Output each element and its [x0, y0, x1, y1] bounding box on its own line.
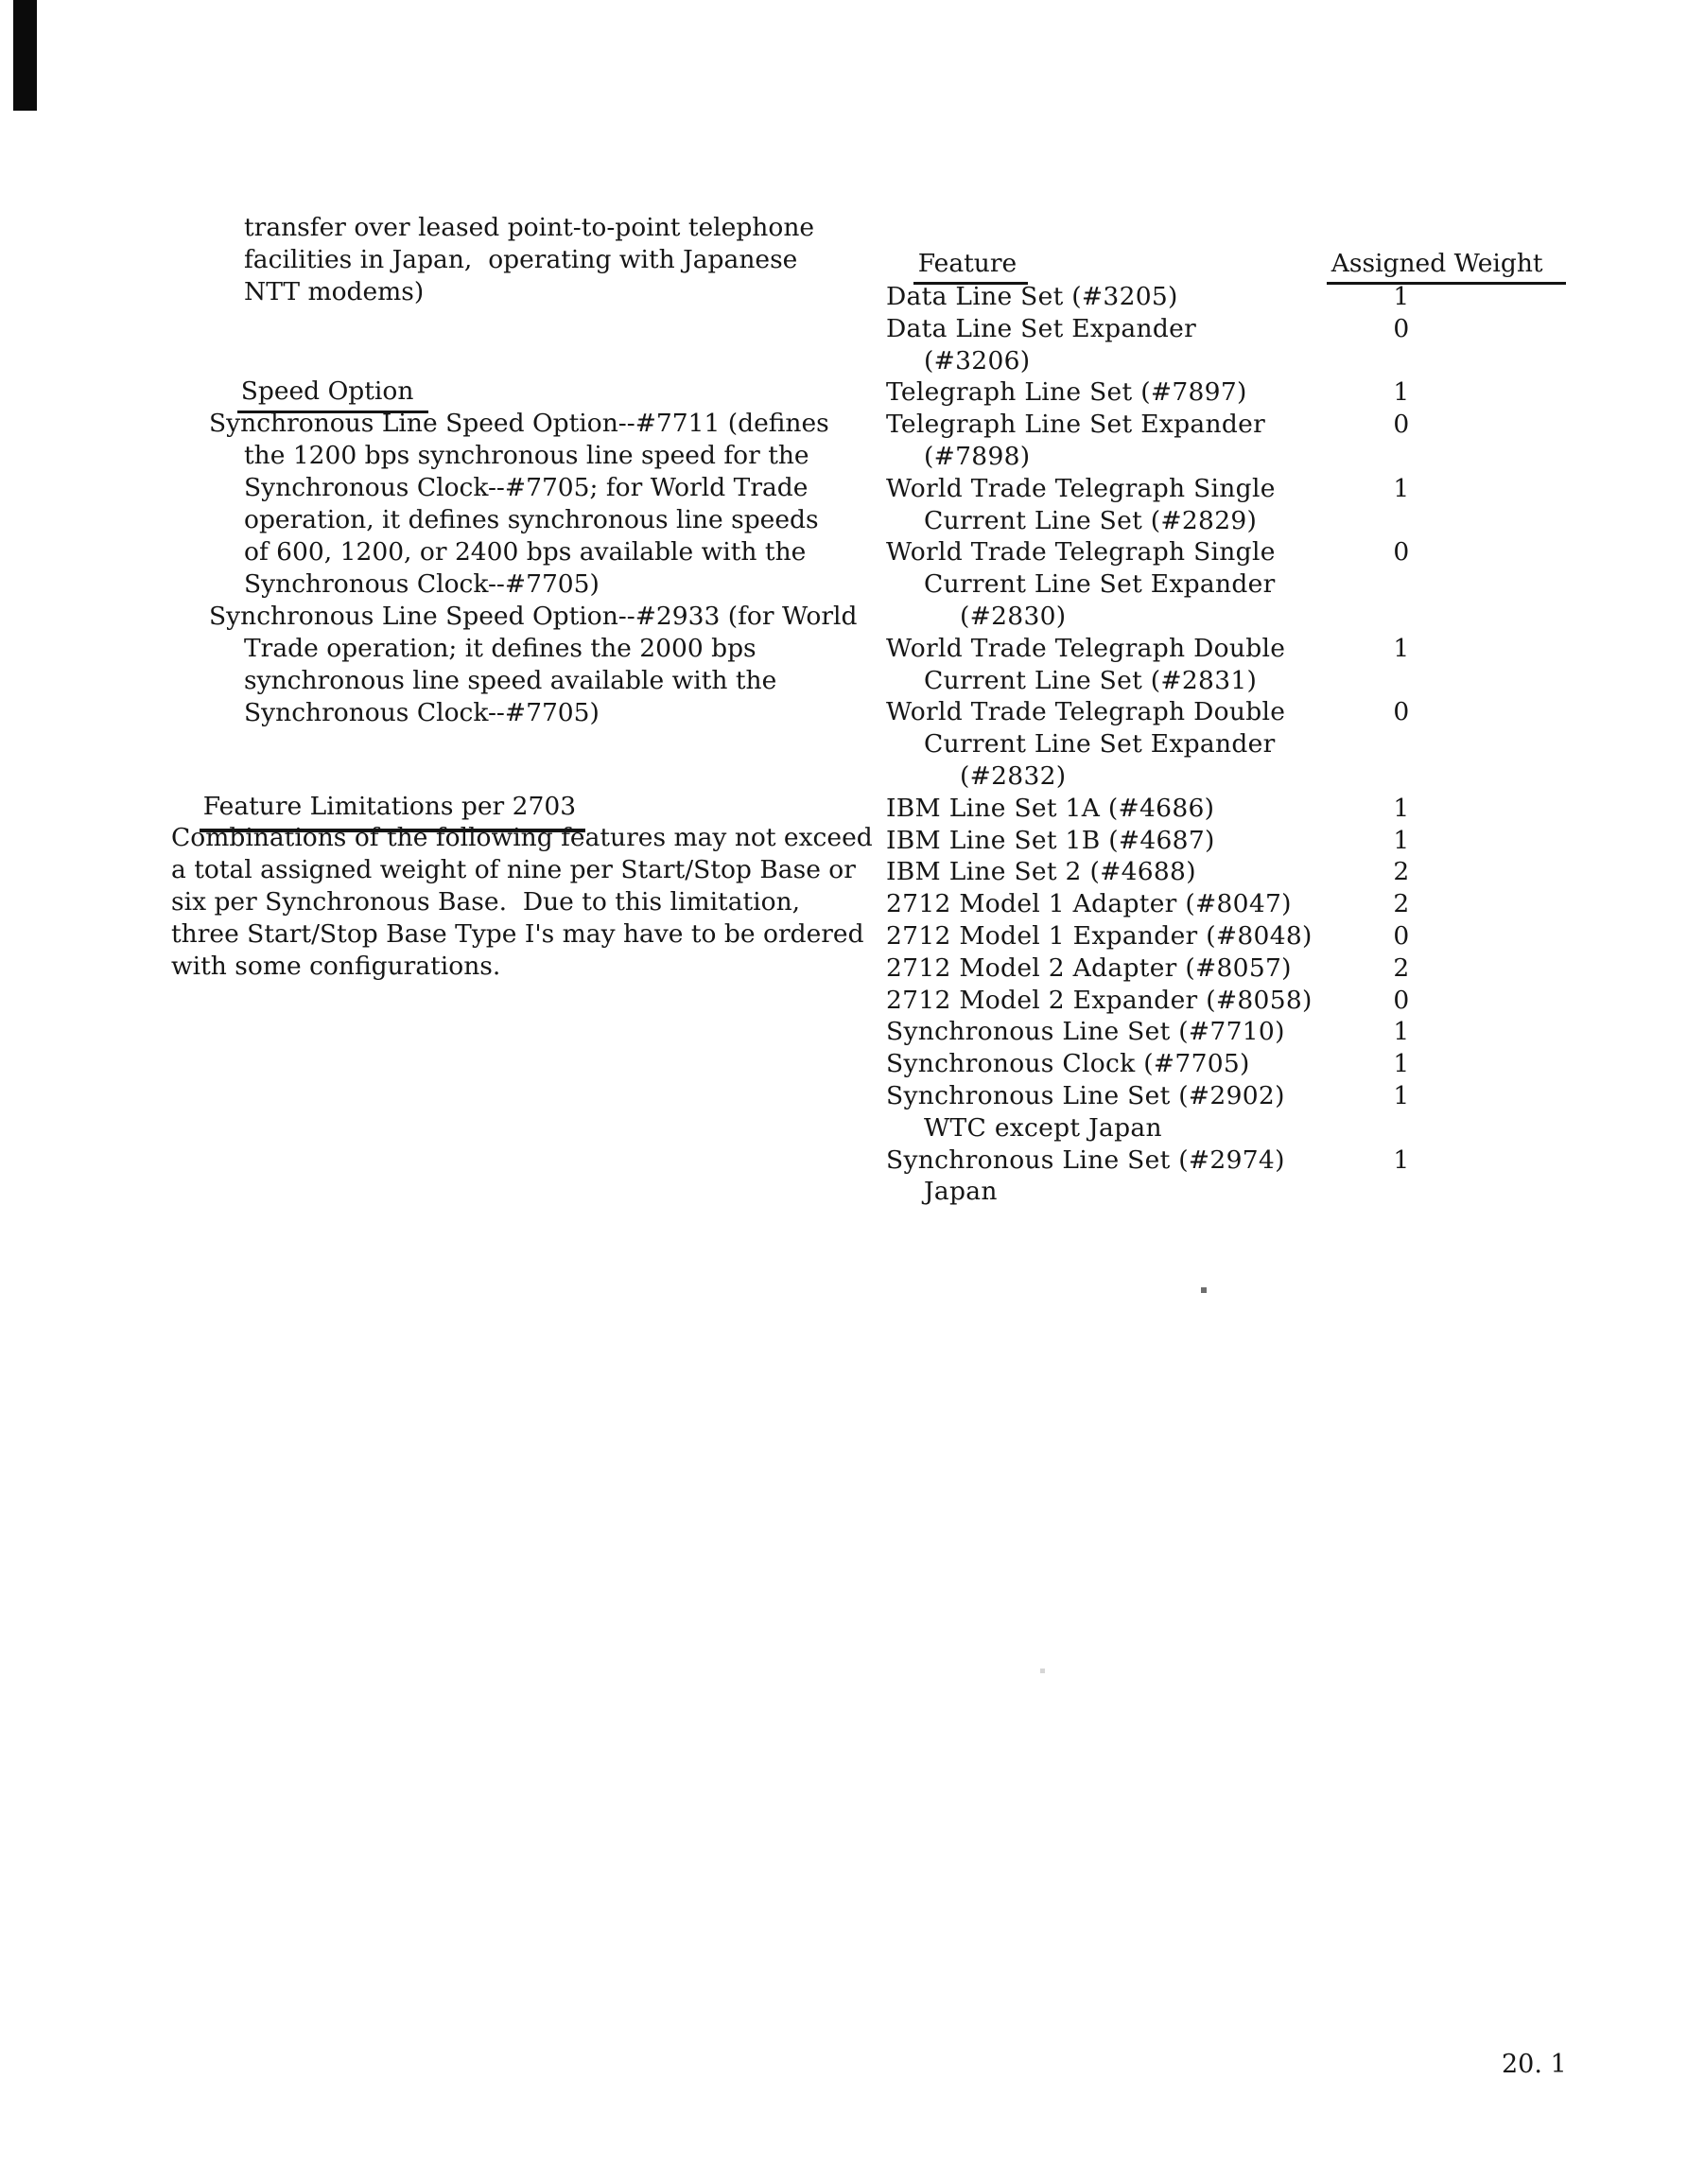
speed-option-line-text: Synchronous Line Speed Option--#7711 (de… — [209, 408, 829, 440]
limitations-line-text: with some configurations. — [171, 951, 500, 983]
feature-row-text: Synchronous Clock (#7705) — [886, 1048, 1250, 1080]
document-page: transfer over leased point-to-point tele… — [0, 0, 1687, 2184]
limitations-line: three Start/Stop Base Type I's may have … — [171, 918, 873, 951]
feature-limitations-paragraph: Combinations of the following features m… — [171, 822, 873, 983]
limitations-line: a total assigned weight of nine per Star… — [171, 854, 873, 886]
feature-row-text: Data Line Set Expander — [886, 313, 1196, 345]
limitations-line-text: a total assigned weight of nine per Star… — [171, 854, 856, 886]
feature-row: World Trade Telegraph Double0 — [886, 696, 1313, 728]
speed-option-line: of 600, 1200, or 2400 bps available with… — [209, 536, 857, 568]
feature-row-text: Synchronous Line Set (#2974) — [886, 1144, 1285, 1177]
feature-row: IBM Line Set 1A (#4686)1 — [886, 793, 1313, 825]
feature-weight: 2 — [1373, 856, 1430, 888]
feature-weight: 1 — [1373, 1016, 1430, 1048]
feature-row-text: World Trade Telegraph Double — [886, 633, 1285, 665]
feature-row-text: Telegraph Line Set (#7897) — [886, 376, 1247, 409]
limitations-line: Combinations of the following features m… — [171, 822, 873, 854]
feature-row: (#7898) — [886, 441, 1313, 473]
feature-row: World Trade Telegraph Single1 — [886, 473, 1313, 505]
intro-line: facilities in Japan, operating with Japa… — [244, 244, 814, 276]
feature-weight: 1 — [1373, 376, 1430, 409]
feature-weight: 0 — [1373, 920, 1430, 952]
feature-row-text: Synchronous Line Set (#7710) — [886, 1016, 1285, 1048]
feature-row-text: Current Line Set (#2829) — [886, 505, 1257, 537]
feature-row-text: Telegraph Line Set Expander — [886, 409, 1265, 441]
speed-option-line-text: synchronous line speed available with th… — [209, 665, 776, 697]
scan-artifact-bar — [13, 0, 37, 111]
feature-row: Synchronous Clock (#7705)1 — [886, 1048, 1313, 1080]
feature-row: Telegraph Line Set Expander0 — [886, 409, 1313, 441]
feature-row: Synchronous Line Set (#2902)1 — [886, 1080, 1313, 1112]
limitations-line-text: six per Synchronous Base. Due to this li… — [171, 886, 800, 918]
speed-option-list: Synchronous Line Speed Option--#7711 (de… — [209, 408, 857, 729]
feature-row: Data Line Set (#3205)1 — [886, 281, 1313, 313]
feature-weight: 1 — [1373, 633, 1430, 665]
feature-row: (#3206) — [886, 345, 1313, 377]
limitations-line: with some configurations. — [171, 951, 873, 983]
speed-option-line-text: Synchronous Clock--#7705) — [209, 697, 600, 729]
feature-row: 2712 Model 2 Adapter (#8057)2 — [886, 952, 1313, 985]
feature-row: (#2830) — [886, 601, 1313, 633]
feature-row: Current Line Set (#2829) — [886, 505, 1313, 537]
feature-row-text: 2712 Model 2 Adapter (#8057) — [886, 952, 1292, 985]
feature-row-text: World Trade Telegraph Double — [886, 696, 1285, 728]
feature-row-text: Synchronous Line Set (#2902) — [886, 1080, 1285, 1112]
feature-weight: 0 — [1373, 313, 1430, 345]
feature-row: Japan — [886, 1176, 1313, 1208]
feature-row: Data Line Set Expander0 — [886, 313, 1313, 345]
feature-row: Telegraph Line Set (#7897)1 — [886, 376, 1313, 409]
feature-row-text: 2712 Model 2 Expander (#8058) — [886, 985, 1313, 1017]
limitations-line-text: three Start/Stop Base Type I's may have … — [171, 918, 864, 951]
feature-column-header-text: Feature — [913, 248, 1029, 285]
page-number: 20. 1 — [1502, 2051, 1567, 2079]
feature-row-text: IBM Line Set 2 (#4688) — [886, 856, 1196, 888]
speed-option-line-text: Synchronous Clock--#7705; for World Trad… — [209, 472, 808, 504]
intro-line-text: facilities in Japan, operating with Japa… — [244, 244, 797, 276]
feature-row: Current Line Set Expander — [886, 728, 1313, 760]
assigned-weight-column-header: Assigned Weight — [1299, 216, 1566, 317]
speed-option-line: operation, it defines synchronous line s… — [209, 504, 857, 536]
feature-row-text: WTC except Japan — [886, 1112, 1162, 1144]
feature-weight: 1 — [1373, 281, 1430, 313]
feature-row: 2712 Model 1 Expander (#8048)0 — [886, 920, 1313, 952]
feature-row: 2712 Model 1 Adapter (#8047)2 — [886, 888, 1313, 920]
speed-option-line: Trade operation; it defines the 2000 bps — [209, 633, 857, 665]
speed-option-line: Synchronous Clock--#7705) — [209, 697, 857, 729]
feature-weight: 2 — [1373, 952, 1430, 985]
speed-option-line-text: Trade operation; it defines the 2000 bps — [209, 633, 757, 665]
feature-row: Synchronous Line Set (#7710)1 — [886, 1016, 1313, 1048]
feature-weight: 0 — [1373, 696, 1430, 728]
feature-weight: 1 — [1373, 1048, 1430, 1080]
feature-row-text: Current Line Set (#2831) — [886, 665, 1257, 697]
speed-option-line-text: of 600, 1200, or 2400 bps available with… — [209, 536, 806, 568]
feature-row-text: 2712 Model 1 Expander (#8048) — [886, 920, 1313, 952]
speed-option-line-text: Synchronous Line Speed Option--#2933 (fo… — [209, 601, 857, 633]
speed-option-line-text: operation, it defines synchronous line s… — [209, 504, 819, 536]
feature-weight: 0 — [1373, 409, 1430, 441]
feature-row-text: Japan — [886, 1176, 998, 1208]
speed-option-line: Synchronous Clock--#7705; for World Trad… — [209, 472, 857, 504]
feature-row-text: (#7898) — [886, 441, 1030, 473]
feature-weight: 2 — [1373, 888, 1430, 920]
feature-row: (#2832) — [886, 760, 1313, 793]
feature-row: WTC except Japan — [886, 1112, 1313, 1144]
feature-row: Current Line Set (#2831) — [886, 665, 1313, 697]
feature-row-text: (#2830) — [886, 601, 1066, 633]
intro-paragraph: transfer over leased point-to-point tele… — [244, 212, 814, 308]
feature-row-text: 2712 Model 1 Adapter (#8047) — [886, 888, 1292, 920]
feature-row: Synchronous Line Set (#2974)1 — [886, 1144, 1313, 1177]
feature-row: World Trade Telegraph Double1 — [886, 633, 1313, 665]
feature-row-text: Current Line Set Expander — [886, 568, 1276, 601]
feature-row-text: Current Line Set Expander — [886, 728, 1276, 760]
feature-weight-table: Data Line Set (#3205)1Data Line Set Expa… — [886, 281, 1313, 1208]
speed-option-line-text: the 1200 bps synchronous line speed for … — [209, 440, 809, 472]
feature-row-text: World Trade Telegraph Single — [886, 473, 1276, 505]
scan-speck — [1040, 1669, 1045, 1673]
limitations-line-text: Combinations of the following features m… — [171, 822, 873, 854]
intro-line-text: transfer over leased point-to-point tele… — [244, 212, 814, 244]
speed-option-line: Synchronous Clock--#7705) — [209, 568, 857, 601]
feature-weight: 1 — [1373, 1080, 1430, 1112]
feature-row: Current Line Set Expander — [886, 568, 1313, 601]
feature-row-text: Data Line Set (#3205) — [886, 281, 1178, 313]
intro-line-text: NTT modems) — [244, 276, 424, 308]
speed-option-line: the 1200 bps synchronous line speed for … — [209, 440, 857, 472]
feature-weight: 0 — [1373, 536, 1430, 568]
intro-line: transfer over leased point-to-point tele… — [244, 212, 814, 244]
assigned-weight-column-header-text: Assigned Weight — [1327, 248, 1566, 285]
speed-option-line: Synchronous Line Speed Option--#7711 (de… — [209, 408, 857, 440]
scan-speck — [1201, 1287, 1207, 1293]
speed-option-line: synchronous line speed available with th… — [209, 665, 857, 697]
feature-weight: 0 — [1373, 985, 1430, 1017]
limitations-line: six per Synchronous Base. Due to this li… — [171, 886, 873, 918]
feature-row-text: IBM Line Set 1B (#4687) — [886, 825, 1215, 857]
feature-weight: 1 — [1373, 473, 1430, 505]
feature-weight: 1 — [1373, 1144, 1430, 1177]
feature-row: IBM Line Set 2 (#4688)2 — [886, 856, 1313, 888]
feature-row: 2712 Model 2 Expander (#8058)0 — [886, 985, 1313, 1017]
feature-row-text: (#3206) — [886, 345, 1030, 377]
feature-weight: 1 — [1373, 825, 1430, 857]
feature-row: World Trade Telegraph Single0 — [886, 536, 1313, 568]
feature-row: IBM Line Set 1B (#4687)1 — [886, 825, 1313, 857]
speed-option-line: Synchronous Line Speed Option--#2933 (fo… — [209, 601, 857, 633]
feature-row-text: IBM Line Set 1A (#4686) — [886, 793, 1214, 825]
speed-option-line-text: Synchronous Clock--#7705) — [209, 568, 600, 601]
intro-line: NTT modems) — [244, 276, 814, 308]
feature-row-text: World Trade Telegraph Single — [886, 536, 1276, 568]
feature-row-text: (#2832) — [886, 760, 1066, 793]
feature-weight: 1 — [1373, 793, 1430, 825]
